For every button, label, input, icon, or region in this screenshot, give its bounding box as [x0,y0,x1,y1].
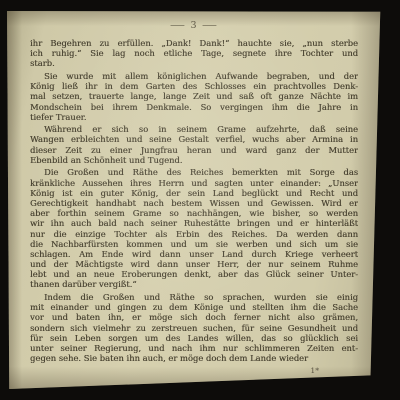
text-line: Indem die Großen und Räthe so sprachen, … [30,292,358,302]
text-line: Mondschein bei ihrem Denkmale. So vergin… [30,102,358,112]
text-line: starb. [30,58,358,68]
text-line: tiefer Trauer. [30,112,358,122]
text-line: mal setzen, trauerte lange, lange Zeit u… [30,91,358,101]
text-line: ihr Begehren zu erfüllen. „Dank! Dank!“ … [30,38,358,48]
text-line: Gerechtigkeit handhabt nach bestem Wisse… [30,198,358,208]
text-line: Sie wurde mit allem königlichen Aufwande… [30,71,358,81]
signature-row: 1* [7,366,381,375]
photo-frame: —3— ihr Begehren zu erfüllen. „Dank! Dan… [0,0,400,400]
text-line: schlagen. Am Ende wird dann unser Land d… [30,249,358,259]
text-line: unter seiner Regierung, und nach ihm nur… [30,343,358,353]
text-line: sondern sich vielmehr zu zerstreuen such… [30,323,358,333]
text-line: aber forthin seinem Grame so nachhängen,… [30,208,358,218]
paragraph: ihr Begehren zu erfüllen. „Dank! Dank!“ … [30,38,358,69]
paragraph: Die Großen und Räthe des Reiches bemerkt… [30,167,358,289]
text-line: lebt und an neue Eroberungen denkt, aber… [30,269,358,279]
text-line: Wangen erbleichten und seine Gestalt ver… [30,134,358,144]
text-line: kränkliche Aussehen ihres Herrn und sagt… [30,178,358,188]
text-line: ich ruhig.“ Sie lag noch etliche Tage, s… [30,48,358,58]
text-line: vor und baten ihn, er möge sich doch fer… [30,312,358,322]
text-line: und der Mächtigste wird dann unser Herr,… [30,259,358,269]
text-line: gegen sehe. Sie baten ihn auch, er möge … [30,353,358,363]
text-line: König ist ein guter König, der sein Land… [30,188,358,198]
paragraph: Während er sich so in seinem Grame aufze… [30,124,358,165]
text-line: Ebenbild an Schönheit und Tugend. [30,155,358,165]
page-header: —3— [7,20,381,31]
text-line: Die Großen und Räthe des Reiches bemerkt… [30,167,358,177]
text-block: ihr Begehren zu erfüllen. „Dank! Dank!“ … [30,38,358,363]
text-line: die Nachbarfürsten kommen und um sie wer… [30,239,358,249]
text-line: König ließ ihr in dem Garten des Schloss… [30,81,358,91]
paragraph: Indem die Großen und Räthe so sprachen, … [30,292,358,363]
text-line: nur die einzige Tochter als Erbin des Re… [30,229,358,239]
text-line: wir ihn auch bald nach seiner Ruhestätte… [30,218,358,228]
header-dash-left: — [170,20,187,31]
header-dash-right: — [201,20,218,31]
text-line: thanen darüber vergißt.“ [30,279,358,289]
paragraph: Sie wurde mit allem königlichen Aufwande… [30,71,358,122]
signature-mark: 1* [310,366,319,375]
book-page: —3— ihr Begehren zu erfüllen. „Dank! Dan… [7,11,381,389]
text-line: dieser Zeit zu einer Jungfrau heran und … [30,145,358,155]
page-number: 3 [190,20,197,31]
text-line: für sein Leben sorgen um des Landes will… [30,333,358,343]
text-line: Während er sich so in seinem Grame aufze… [30,124,358,134]
text-line: mit einander und gingen zu dem Könige un… [30,302,358,312]
